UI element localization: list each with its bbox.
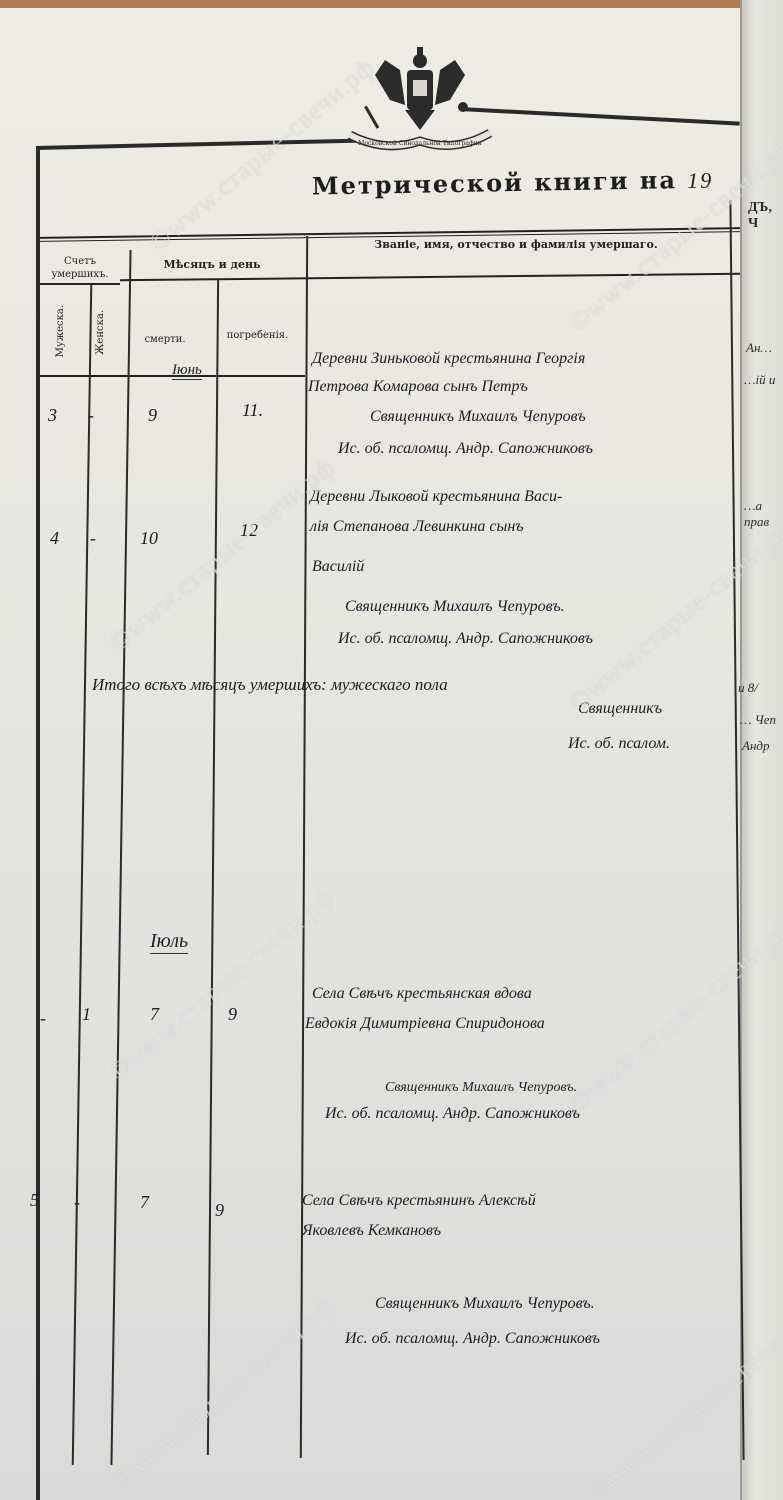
svg-text:Московской Синодальной Типогра: Московской Синодальной Типографии xyxy=(358,140,481,147)
male-count: 4 xyxy=(50,528,59,549)
priest-signature: Священникъ Михаилъ Чепуровъ. xyxy=(345,598,565,616)
male-count: 3 xyxy=(48,405,57,426)
year-handwritten: 19 xyxy=(687,168,713,193)
right-page-fragment: … Чеп xyxy=(740,712,776,728)
summary-line: Итого всѣхъ мѣсяцъ умершихъ: мужескаго п… xyxy=(92,675,448,695)
right-page-fragment: Ан… xyxy=(746,340,772,356)
burial-day: 11. xyxy=(242,400,263,421)
female-count: - xyxy=(74,1192,80,1213)
header-rule-count xyxy=(40,283,120,285)
female-column-header: Женска. xyxy=(95,310,106,355)
female-count: 1 xyxy=(82,1004,91,1025)
male-column-header: Мужеска. xyxy=(55,305,66,357)
death-day: 7 xyxy=(140,1192,149,1213)
burial-column-header: погребенія. xyxy=(215,330,300,343)
death-day: 10 xyxy=(140,528,158,549)
priest-signature: Священникъ Михаилъ Чепуровъ. xyxy=(375,1295,595,1313)
date-column-header: Мѣсяцъ и день xyxy=(122,258,302,272)
month-label-june: Іюнь xyxy=(172,362,202,380)
entry-text-line: Деревни Зиньковой крестьянина Георгія xyxy=(312,350,585,368)
entry-text-line: Села Свѣчъ крестьянинъ Алексѣй xyxy=(302,1192,536,1210)
psalmist-signature: Ис. об. псаломщ. Андр. Сапожниковъ xyxy=(338,440,593,458)
right-page-fragment: Андр xyxy=(742,738,769,754)
burial-day: 9 xyxy=(215,1200,224,1221)
psalmist-signature: Ис. об. псаломщ. Андр. Сапожниковъ xyxy=(325,1105,580,1123)
priest-signature: Священникъ Михаилъ Чепуровъ xyxy=(370,408,586,426)
entry-text-line: Евдокія Димитріевна Спиридонова xyxy=(305,1015,545,1033)
entry-text-line: Петрова Комарова сынъ Петръ xyxy=(308,378,528,396)
count-column-header: Счетъ умершихъ. xyxy=(42,256,118,281)
entry-text-line: лія Степанова Левинкина сынъ xyxy=(310,518,524,536)
entry-text-line: Яковлевъ Кемкановъ xyxy=(302,1222,441,1240)
entry-text-line: Василій xyxy=(312,558,364,576)
female-count: - xyxy=(88,405,94,426)
page-frame-left xyxy=(36,150,40,1500)
male-count: - xyxy=(40,1008,46,1029)
entry-text-line: Деревни Лыковой крестьянина Васи- xyxy=(310,488,562,506)
psalmist-signature: Ис. об. псаломщ. Андр. Сапожниковъ xyxy=(338,630,593,648)
death-day: 9 xyxy=(148,405,157,426)
right-page-fragment: и 8/ xyxy=(738,680,758,696)
entry-text-line: Села Свѣчъ крестьянская вдова xyxy=(312,985,532,1003)
priest-signature: Священникъ Михаилъ Чепуровъ. xyxy=(385,1080,577,1096)
summary-psalmist: Ис. об. псалом. xyxy=(568,735,670,753)
burial-day: 9 xyxy=(228,1004,237,1025)
death-column-header: смерти. xyxy=(125,334,205,347)
month-label-july: Іюль xyxy=(150,930,188,954)
right-page-title-fragment: ДЪ, Ч xyxy=(748,200,783,232)
female-count: - xyxy=(90,528,96,549)
right-page-fragment: …ій и xyxy=(744,372,775,388)
male-count: 5 xyxy=(30,1190,39,1211)
psalmist-signature: Ис. об. псаломщ. Андр. Сапожниковъ xyxy=(345,1330,600,1348)
